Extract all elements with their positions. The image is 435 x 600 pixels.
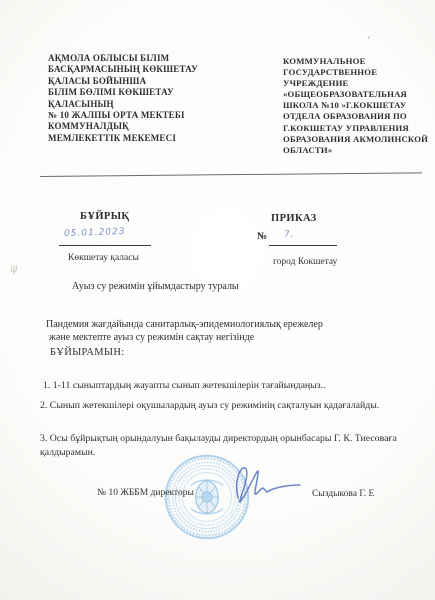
place-russian: город Кокшетау xyxy=(273,257,337,267)
letterhead-kk-line: № 10 ЖАЛПЫ ОРТА МЕКТЕБІ xyxy=(48,110,248,121)
letterhead-kk-line: БАСҚАРМАСЫНЫҢ КӨКШЕТАУ xyxy=(48,64,248,75)
letterhead-russian: КОММУНАЛЬНОЕ ГОСУДАРСТВЕННОЕ УЧРЕЖДЕНИЕ … xyxy=(283,56,433,156)
letterhead-ru-line: ГОСУДАРСТВЕННОЕ xyxy=(283,67,433,78)
faint-pencil-mark: ψ xyxy=(8,261,18,275)
signatory-position: № 10 ЖББМ директоры xyxy=(97,488,194,498)
letterhead-kk-line: БІЛІМ БӨЛІМІ КӨКШЕТАУ xyxy=(48,87,248,98)
order-title-russian: ПРИКАЗ xyxy=(271,213,317,224)
handwritten-order-number: 7. xyxy=(284,230,295,240)
preamble-line: Пандемия жағдайында санитарлық-эпидемиол… xyxy=(46,318,396,331)
letterhead-kk-line: МЕМЛЕКЕТТІК МЕКЕМЕСІ xyxy=(48,133,248,144)
stray-pen-mark: ’ xyxy=(364,35,371,46)
letterhead-ru-line: ШКОЛА №10 »Г.КОКШЕТАУ xyxy=(283,100,433,111)
date-underline xyxy=(59,245,151,246)
handwritten-date: 05.01.2023 xyxy=(64,227,126,239)
place-kazakh: Көкшетау қаласы xyxy=(68,253,139,263)
header-divider-line xyxy=(40,172,422,177)
order-subject: Ауыз су режимін ұйымдастыру туралы xyxy=(72,281,239,292)
letterhead-kk-line: КОММУНАЛДЫҚ xyxy=(48,121,248,132)
order-title-kazakh: БҰЙРЫҚ xyxy=(80,211,129,222)
signatory-name: Сыздыкова Г. Е xyxy=(312,489,374,499)
order-item-1: 1. 1-11 сыныптардың жауапты сынып жетекш… xyxy=(43,379,403,393)
letterhead-kk-line: АҚМОЛА ОБЛЫСЫ БІЛІМ xyxy=(48,53,248,64)
handwritten-signature xyxy=(228,458,306,510)
letterhead-ru-line: ОБЛАСТИ» xyxy=(283,145,433,156)
signature-stroke xyxy=(228,458,306,510)
letterhead-ru-line: УЧРЕЖДЕНИЕ xyxy=(283,78,433,89)
letterhead-ru-line: «ОБЩЕОБРАЗОВАТЕЛЬНАЯ xyxy=(283,89,433,100)
letterhead-kk-line: ҚАЛАСЫНЫҢ xyxy=(48,99,248,110)
number-underline xyxy=(269,245,337,246)
preamble-line: және мектепте ауыз су режимін сақтау нег… xyxy=(46,331,396,344)
letterhead-ru-line: ОБРАЗОВАНИЯ АКМОЛИНСКОЙ xyxy=(283,134,433,145)
order-item-2: 2. Сынып жетекшілері оқушылардың ауыз су… xyxy=(40,399,385,413)
letterhead-kazakh: АҚМОЛА ОБЛЫСЫ БІЛІМ БАСҚАРМАСЫНЫҢ КӨКШЕТ… xyxy=(48,53,248,144)
letterhead-ru-line: ОТДЕЛА ОБРАЗОВАНИЯ ПО xyxy=(283,111,433,122)
order-number-label: № xyxy=(257,231,267,242)
order-preamble: Пандемия жағдайында санитарлық-эпидемиол… xyxy=(46,318,396,359)
scanned-order-document: { "doc": { "header_left": { "lines": [ "… xyxy=(0,0,435,600)
decree-word: БҰЙЫРАМЫН: xyxy=(46,344,396,359)
letterhead-kk-line: ҚАЛАСЫ БОЙЫНША xyxy=(48,76,248,87)
letterhead-ru-line: КОММУНАЛЬНОЕ xyxy=(283,56,433,67)
letterhead-ru-line: Г.КОКШЕТАУ УПРАВЛЕНИЯ xyxy=(283,123,433,134)
